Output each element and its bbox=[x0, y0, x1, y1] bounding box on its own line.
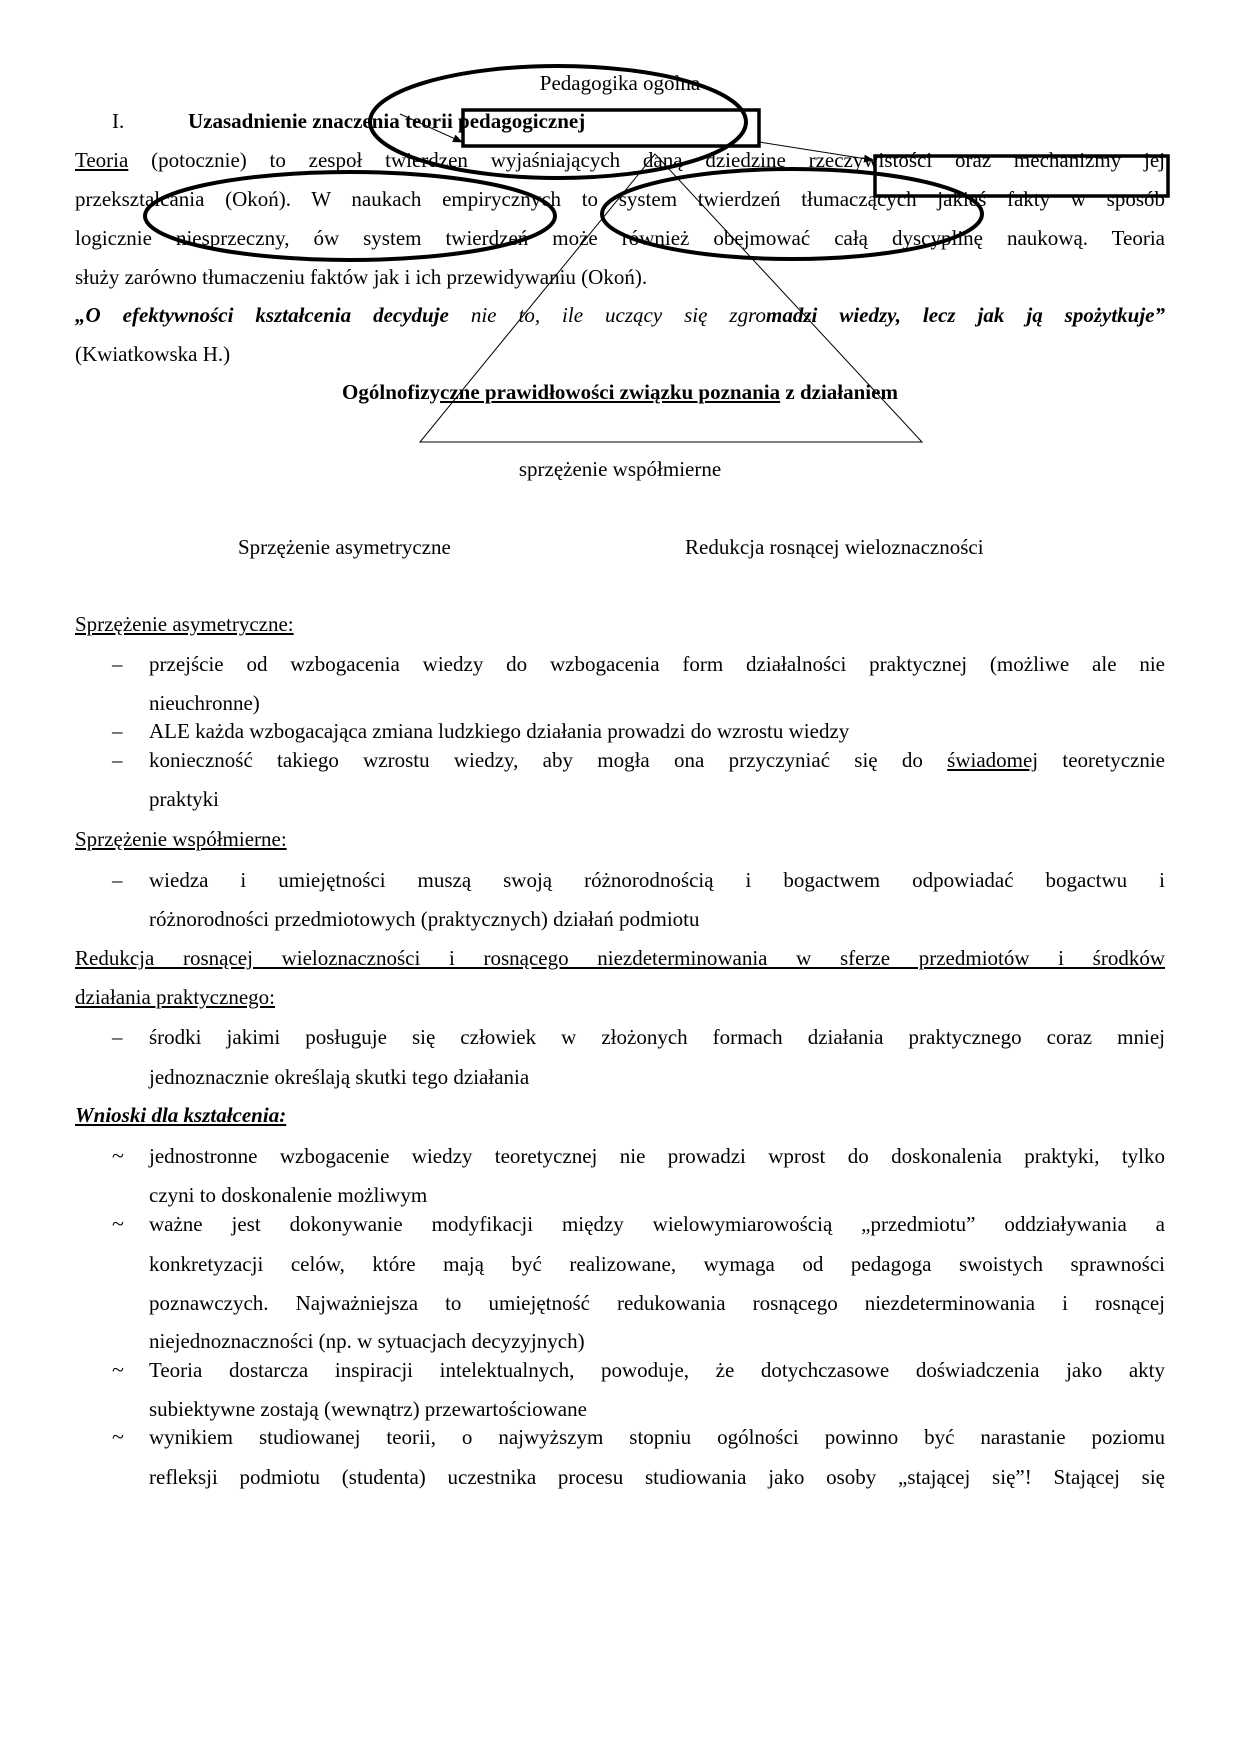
bullet-tilde: ~ bbox=[112, 1357, 124, 1383]
list-item: wiedza i umiejętności muszą swoją różnor… bbox=[149, 867, 1165, 893]
section-commensurate-heading: Sprzężenie współmierne: bbox=[75, 826, 287, 852]
list-item-cont: refleksji podmiotu (studenta) uczestnika… bbox=[149, 1464, 1165, 1490]
list-item-cont: czyni to doskonalenie możliwym bbox=[149, 1182, 1165, 1208]
bullet-tilde: ~ bbox=[112, 1424, 124, 1450]
section-title: Uzasadnienie znaczenia teorii pedagogicz… bbox=[188, 108, 585, 134]
diagram-top-node: sprzężenie współmierne bbox=[75, 456, 1165, 482]
bullet-dash: – bbox=[112, 651, 123, 677]
list-item-cont: różnorodności przedmiotowych (praktyczny… bbox=[149, 906, 1165, 932]
quote-line: „O efektywności kształcenia decyduje nie… bbox=[75, 302, 1165, 328]
bullet-dash: – bbox=[112, 747, 123, 773]
section-title-text: Uzasadnienie znaczenia teorii pedagogicz… bbox=[188, 109, 585, 133]
list-item: ALE każda wzbogacająca zmiana ludzkiego … bbox=[149, 718, 1165, 744]
intro-line-3: logicznie niesprzeczny, ów system twierd… bbox=[75, 225, 1165, 251]
diagram-right-node: Redukcja rosnącej wieloznaczności bbox=[685, 534, 984, 560]
document-page: Pedagogika ogolna I. Uzasadnienie znacze… bbox=[0, 0, 1240, 1754]
bullet-dash: – bbox=[112, 1024, 123, 1050]
list-item-cont: konkretyzacji celów, które mają być real… bbox=[149, 1251, 1165, 1277]
list-item-text: konieczność takiego wzrostu wiedzy, aby … bbox=[149, 748, 947, 772]
bullet-tilde: ~ bbox=[112, 1211, 124, 1237]
section-reduction-heading: Redukcja rosnącej wieloznaczności i rosn… bbox=[75, 945, 1165, 971]
section-number: I. bbox=[112, 108, 124, 134]
list-item: wynikiem studiowanej teorii, o najwyższy… bbox=[149, 1424, 1165, 1450]
bullet-dash: – bbox=[112, 867, 123, 893]
list-item-cont: praktyki bbox=[149, 786, 1165, 812]
diagram-heading-underlined: czne prawidłowości związku poznania bbox=[440, 380, 780, 404]
list-item: przejście od wzbogacenia wiedzy do wzbog… bbox=[149, 651, 1165, 677]
conclusions-heading: Wnioski dla kształcenia: bbox=[75, 1102, 286, 1128]
list-item: jednostronne wzbogacenie wiedzy teoretyc… bbox=[149, 1143, 1165, 1169]
diagram-left-node: Sprzężenie asymetryczne bbox=[238, 534, 451, 560]
term-teoria: Teoria bbox=[75, 148, 128, 172]
list-item: ważne jest dokonywanie modyfikacji międz… bbox=[149, 1211, 1165, 1237]
section-reduction-heading-cont: działania praktycznego: bbox=[75, 984, 275, 1010]
intro-line-2: przekształcania (Okoń). W naukach empiry… bbox=[75, 186, 1165, 212]
intro-line-4: służy zarówno tłumaczeniu faktów jak i i… bbox=[75, 264, 1165, 290]
underlined-word: świadomej bbox=[947, 748, 1038, 772]
list-item-cont: jednoznacznie określają skutki tego dzia… bbox=[149, 1064, 1165, 1090]
quote-part-1: „O efektywności kształcenia decyduje bbox=[75, 303, 449, 327]
list-item-cont: poznawczych. Najważniejsza to umiejętnoś… bbox=[149, 1290, 1165, 1316]
list-item: konieczność takiego wzrostu wiedzy, aby … bbox=[149, 747, 1165, 773]
diagram-heading-pre: Ogólnofizy bbox=[342, 380, 440, 404]
quote-author: (Kwiatkowska H.) bbox=[75, 341, 1165, 367]
intro-line-1-text: (potocznie) to zespoł twierdzen wyjaśnia… bbox=[128, 148, 1165, 172]
diagram-heading: Ogólnofizyczne prawidłowości związku poz… bbox=[75, 379, 1165, 405]
bullet-dash: – bbox=[112, 718, 123, 744]
intro-line-1: Teoria (potocznie) to zespoł twierdzen w… bbox=[75, 147, 1165, 173]
quote-part-2: nie to, ile uczący się zgro bbox=[449, 303, 766, 327]
list-item-text: teoretycznie bbox=[1038, 748, 1165, 772]
list-item-cont: subiektywne zostają (wewnątrz) przewarto… bbox=[149, 1396, 1165, 1422]
document-title: Pedagogika ogolna bbox=[75, 70, 1165, 96]
list-item-cont: niejednoznaczności (np. w sytuacjach dec… bbox=[149, 1328, 1165, 1354]
list-item: środki jakimi posługuje się człowiek w z… bbox=[149, 1024, 1165, 1050]
bullet-tilde: ~ bbox=[112, 1143, 124, 1169]
list-item-cont: nieuchronne) bbox=[149, 690, 1165, 716]
quote-part-3: madzi wiedzy, lecz jak ją spożytkuje” bbox=[766, 303, 1165, 327]
list-item: Teoria dostarcza inspiracji intelektualn… bbox=[149, 1357, 1165, 1383]
section-asymetric-heading: Sprzężenie asymetryczne: bbox=[75, 611, 294, 637]
diagram-heading-post: z działaniem bbox=[780, 380, 898, 404]
